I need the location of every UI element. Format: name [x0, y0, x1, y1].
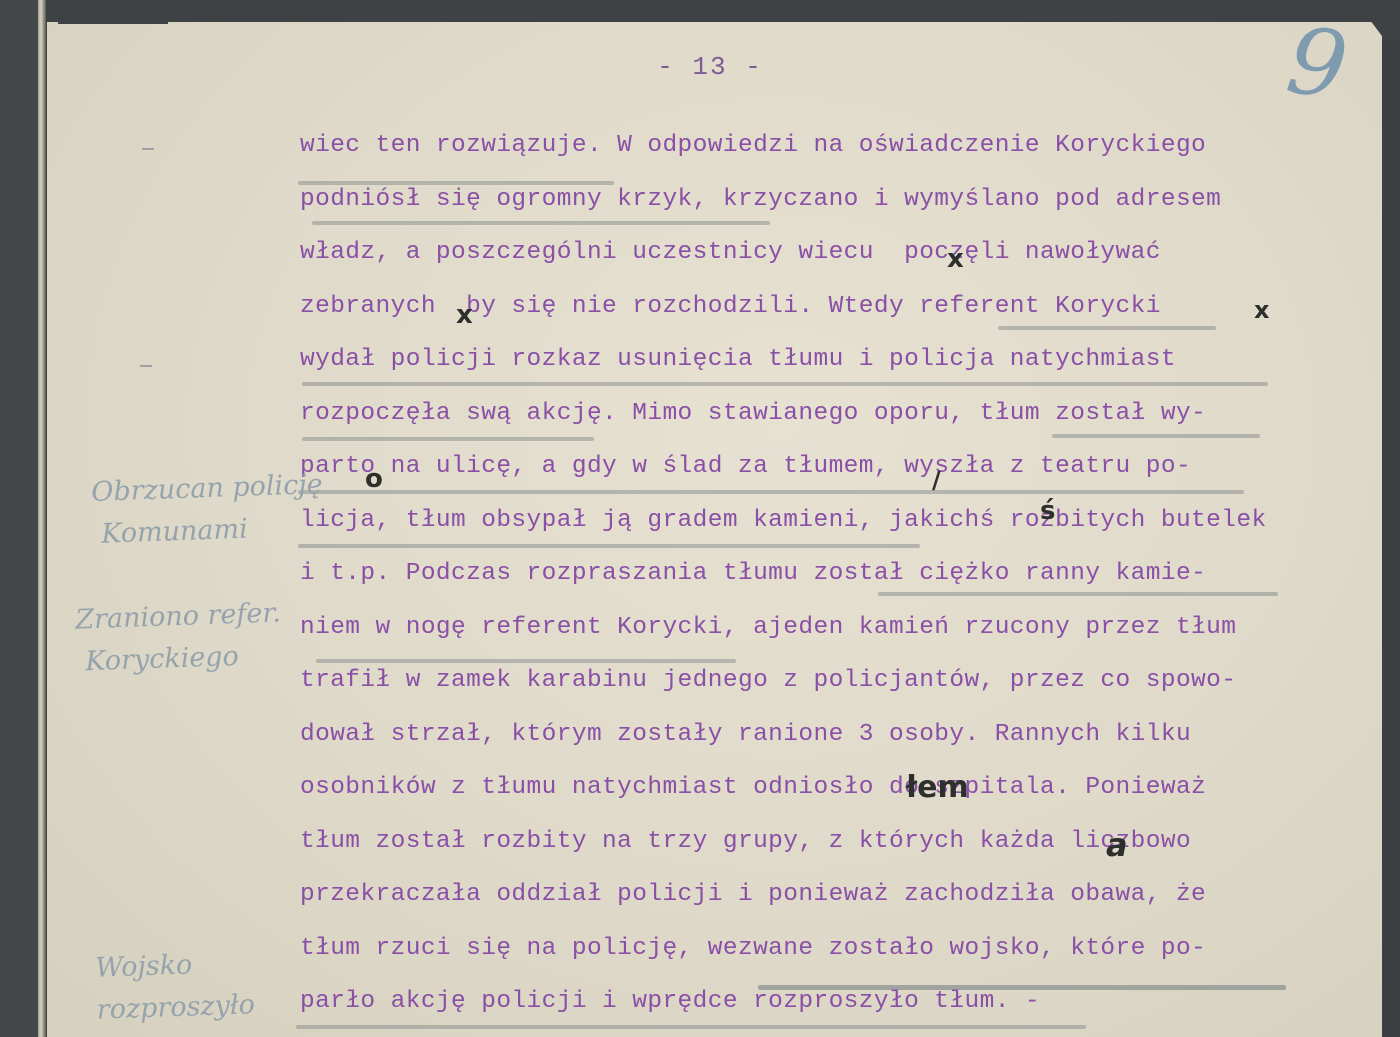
- text-line: niem w nogę referent Korycki, ajeden kam…: [300, 606, 1380, 660]
- ink-correction-cross: x: [947, 244, 964, 274]
- ink-correction-letter: o: [365, 464, 383, 494]
- ink-correction-cross: x: [456, 300, 473, 330]
- text-line: wydał policji rozkaz usunięcia tłumu i p…: [300, 338, 1380, 392]
- text-line: wiec ten rozwiązuje. W odpowiedzi na ośw…: [300, 124, 1380, 178]
- ink-correction-comma: /: [932, 466, 941, 494]
- text-line: tłum został rozbity na trzy grupy, z któ…: [300, 820, 1380, 874]
- text-line: i t.p. Podczas rozpraszania tłumu został…: [300, 552, 1380, 606]
- text-line: osobników z tłumu natychmiast odniosło d…: [300, 766, 1380, 820]
- text-line: licja, tłum obsypał ją gradem kamieni, j…: [300, 499, 1380, 553]
- text-line: parło akcję policji i wprędce rozproszył…: [300, 980, 1380, 1034]
- text-line: przekraczała oddział policji i ponieważ …: [300, 873, 1380, 927]
- typed-body-text: wiec ten rozwiązuje. W odpowiedzi na ośw…: [300, 124, 1380, 1034]
- binder-clip: [58, 0, 172, 24]
- text-line: dował strzał, którym zostały ranione 3 o…: [300, 713, 1380, 767]
- margin-dash: [142, 148, 154, 150]
- text-line: podniósł się ogromny krzyk, krzyczano i …: [300, 178, 1380, 232]
- margin-dash: [140, 365, 152, 367]
- text-line: władz, a poszczególni uczestnicy wiecu p…: [300, 231, 1380, 285]
- margin-note: Zraniono refer. Koryckiego: [75, 592, 283, 683]
- binder-cover-right: [1382, 40, 1400, 1037]
- text-line: tłum rzuci się na policję, wezwane zosta…: [300, 927, 1380, 981]
- text-line: parto na ulicę, a gdy w ślad za tłumem, …: [300, 445, 1380, 499]
- ink-correction-accent: ś: [1040, 496, 1055, 526]
- text-line: rozpoczęła swą akcję. Mimo stawianego op…: [300, 392, 1380, 446]
- ink-correction-letter: a: [1106, 826, 1128, 864]
- ink-correction-word: łem: [906, 770, 969, 805]
- page-number: - 13 -: [650, 52, 770, 82]
- binder-spine: [38, 0, 46, 1037]
- ink-correction-cross: x: [1254, 296, 1269, 324]
- text-line: trafił w zamek karabinu jednego z policj…: [300, 659, 1380, 713]
- margin-note: Obrzucan policję Komunami: [91, 464, 325, 556]
- margin-note: Wojsko rozproszyło: [95, 942, 256, 1031]
